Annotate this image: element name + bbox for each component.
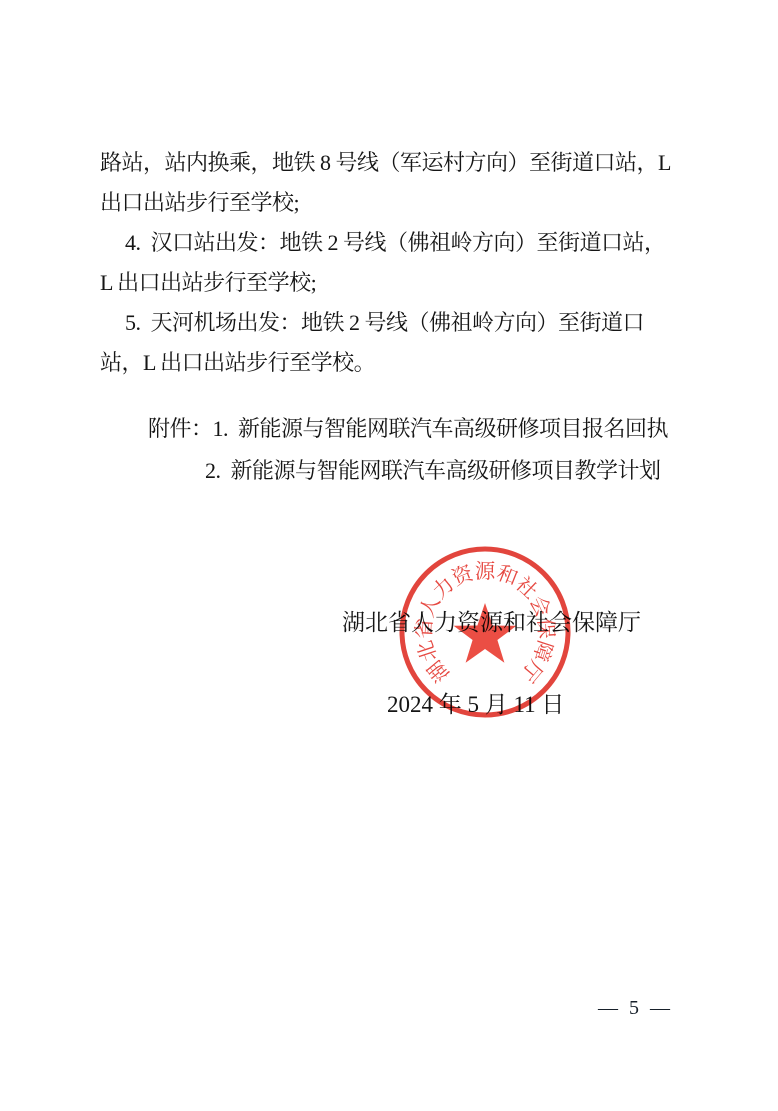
page-number: — 5 — [598, 997, 673, 1020]
svg-text:湖: 湖 [423, 656, 454, 686]
body-line: 出口出站步行至学校; [100, 190, 299, 216]
body-line: 路站，站内换乘，地铁 8 号线（军运村方向）至街道口站，L [100, 150, 671, 176]
issue-date: 2024 年 5 月 11 日 [387, 692, 564, 718]
svg-text:社: 社 [511, 573, 542, 604]
body-line: 站，L 出口出站步行至学校。 [100, 350, 375, 376]
document-page: 路站，站内换乘，地铁 8 号线（军运村方向）至街道口站，L 出口出站步行至学校;… [0, 0, 778, 1111]
svg-text:力: 力 [428, 573, 459, 604]
body-line: L 出口出站步行至学校; [100, 270, 316, 296]
svg-text:源: 源 [475, 560, 496, 583]
issuer-signature: 湖北省人力资源和社会保障厅 [342, 610, 641, 636]
attachment-line-1: 附件：1. 新能源与智能网联汽车高级研修项目报名回执 [148, 416, 668, 442]
attachment-line-2: 2. 新能源与智能网联汽车高级研修项目教学计划 [205, 458, 661, 484]
svg-text:厅: 厅 [516, 656, 547, 686]
svg-text:资: 资 [449, 561, 477, 590]
body-line-item-5: 5. 天河机场出发：地铁 2 号线（佛祖岭方向）至街道口 [125, 310, 644, 336]
body-line-item-4: 4. 汉口站出发：地铁 2 号线（佛祖岭方向）至街道口站， [125, 230, 666, 256]
svg-text:障: 障 [528, 638, 556, 665]
svg-text:北: 北 [414, 638, 441, 664]
svg-text:和: 和 [494, 561, 522, 590]
